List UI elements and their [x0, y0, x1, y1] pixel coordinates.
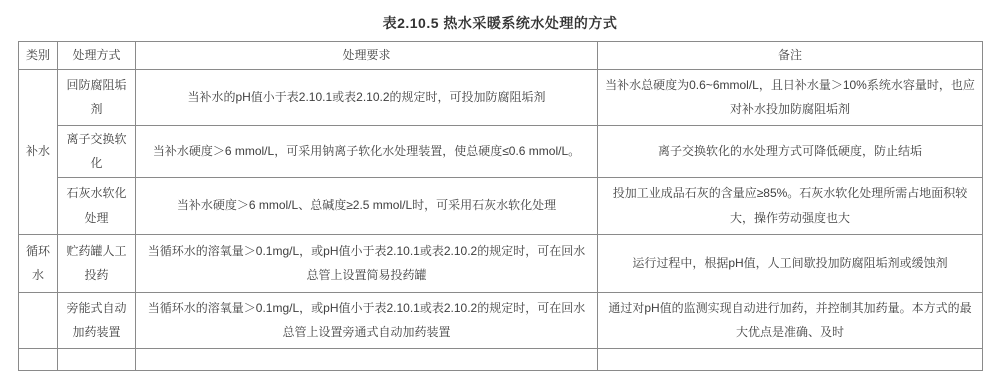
note-cell — [598, 348, 983, 370]
method-cell: 离子交换软化 — [58, 125, 136, 177]
table-row: 离子交换软化 当补水硬度＞6 mmol/L，可采用钠离子软化水处理装置，使总硬度… — [19, 125, 983, 177]
note-cell: 投加工业成品石灰的含量应≥85%。石灰水软化处理所需占地面积较大，操作劳动强度也… — [598, 177, 983, 234]
method-cell — [58, 348, 136, 370]
table-row: 循环水 贮药罐人工投药 当循环水的溶氧量＞0.1mg/L，或pH值小于表2.10… — [19, 234, 983, 292]
method-cell: 旁能式自动加药装置 — [58, 292, 136, 348]
requirement-cell: 当循环水的溶氧量＞0.1mg/L，或pH值小于表2.10.1或表2.10.2的规… — [136, 234, 598, 292]
method-cell: 石灰水软化处理 — [58, 177, 136, 234]
requirement-cell: 当补水硬度＞6 mmol/L、总碱度≥2.5 mmol/L时，可采用石灰水软化处… — [136, 177, 598, 234]
requirement-cell: 当补水的pH值小于表2.10.1或表2.10.2的规定时，可投加防腐阻垢剂 — [136, 69, 598, 125]
method-cell: 贮药罐人工投药 — [58, 234, 136, 292]
category-cell — [19, 348, 58, 370]
requirement-cell: 当补水硬度＞6 mmol/L，可采用钠离子软化水处理装置，使总硬度≤0.6 mm… — [136, 125, 598, 177]
water-treatment-table: 类别 处理方式 处理要求 备注 补水 回防腐阻垢剂 当补水的pH值小于表2.10… — [18, 41, 983, 371]
header-method: 处理方式 — [58, 42, 136, 70]
note-cell: 运行过程中，根据pH值，人工间歇投加防腐阻垢剂或缓蚀剂 — [598, 234, 983, 292]
header-requirement: 处理要求 — [136, 42, 598, 70]
category-cell — [19, 292, 58, 348]
header-row: 类别 处理方式 处理要求 备注 — [19, 42, 983, 70]
method-cell: 回防腐阻垢剂 — [58, 69, 136, 125]
requirement-cell: 当循环水的溶氧量＞0.1mg/L，或pH值小于表2.10.1或表2.10.2的规… — [136, 292, 598, 348]
category-cell: 循环水 — [19, 234, 58, 292]
table-row: 石灰水软化处理 当补水硬度＞6 mmol/L、总碱度≥2.5 mmol/L时，可… — [19, 177, 983, 234]
note-cell: 通过对pH值的监测实现自动进行加药，并控制其加药量。本方式的最大优点是准确、及时 — [598, 292, 983, 348]
table-row-empty — [19, 348, 983, 370]
note-cell: 当补水总硬度为0.6~6mmol/L，且日补水量＞10%系统水容量时，也应对补水… — [598, 69, 983, 125]
category-cell: 补水 — [19, 69, 58, 234]
table-title: 表2.10.5 热水采暖系统水处理的方式 — [0, 0, 1000, 33]
header-note: 备注 — [598, 42, 983, 70]
table-row: 旁能式自动加药装置 当循环水的溶氧量＞0.1mg/L，或pH值小于表2.10.1… — [19, 292, 983, 348]
document-page: 表2.10.5 热水采暖系统水处理的方式 类别 处理方式 处理要求 备注 补水 … — [0, 0, 1000, 374]
table-row: 补水 回防腐阻垢剂 当补水的pH值小于表2.10.1或表2.10.2的规定时，可… — [19, 69, 983, 125]
header-category: 类别 — [19, 42, 58, 70]
note-cell: 离子交换软化的水处理方式可降低硬度，防止结垢 — [598, 125, 983, 177]
requirement-cell — [136, 348, 598, 370]
